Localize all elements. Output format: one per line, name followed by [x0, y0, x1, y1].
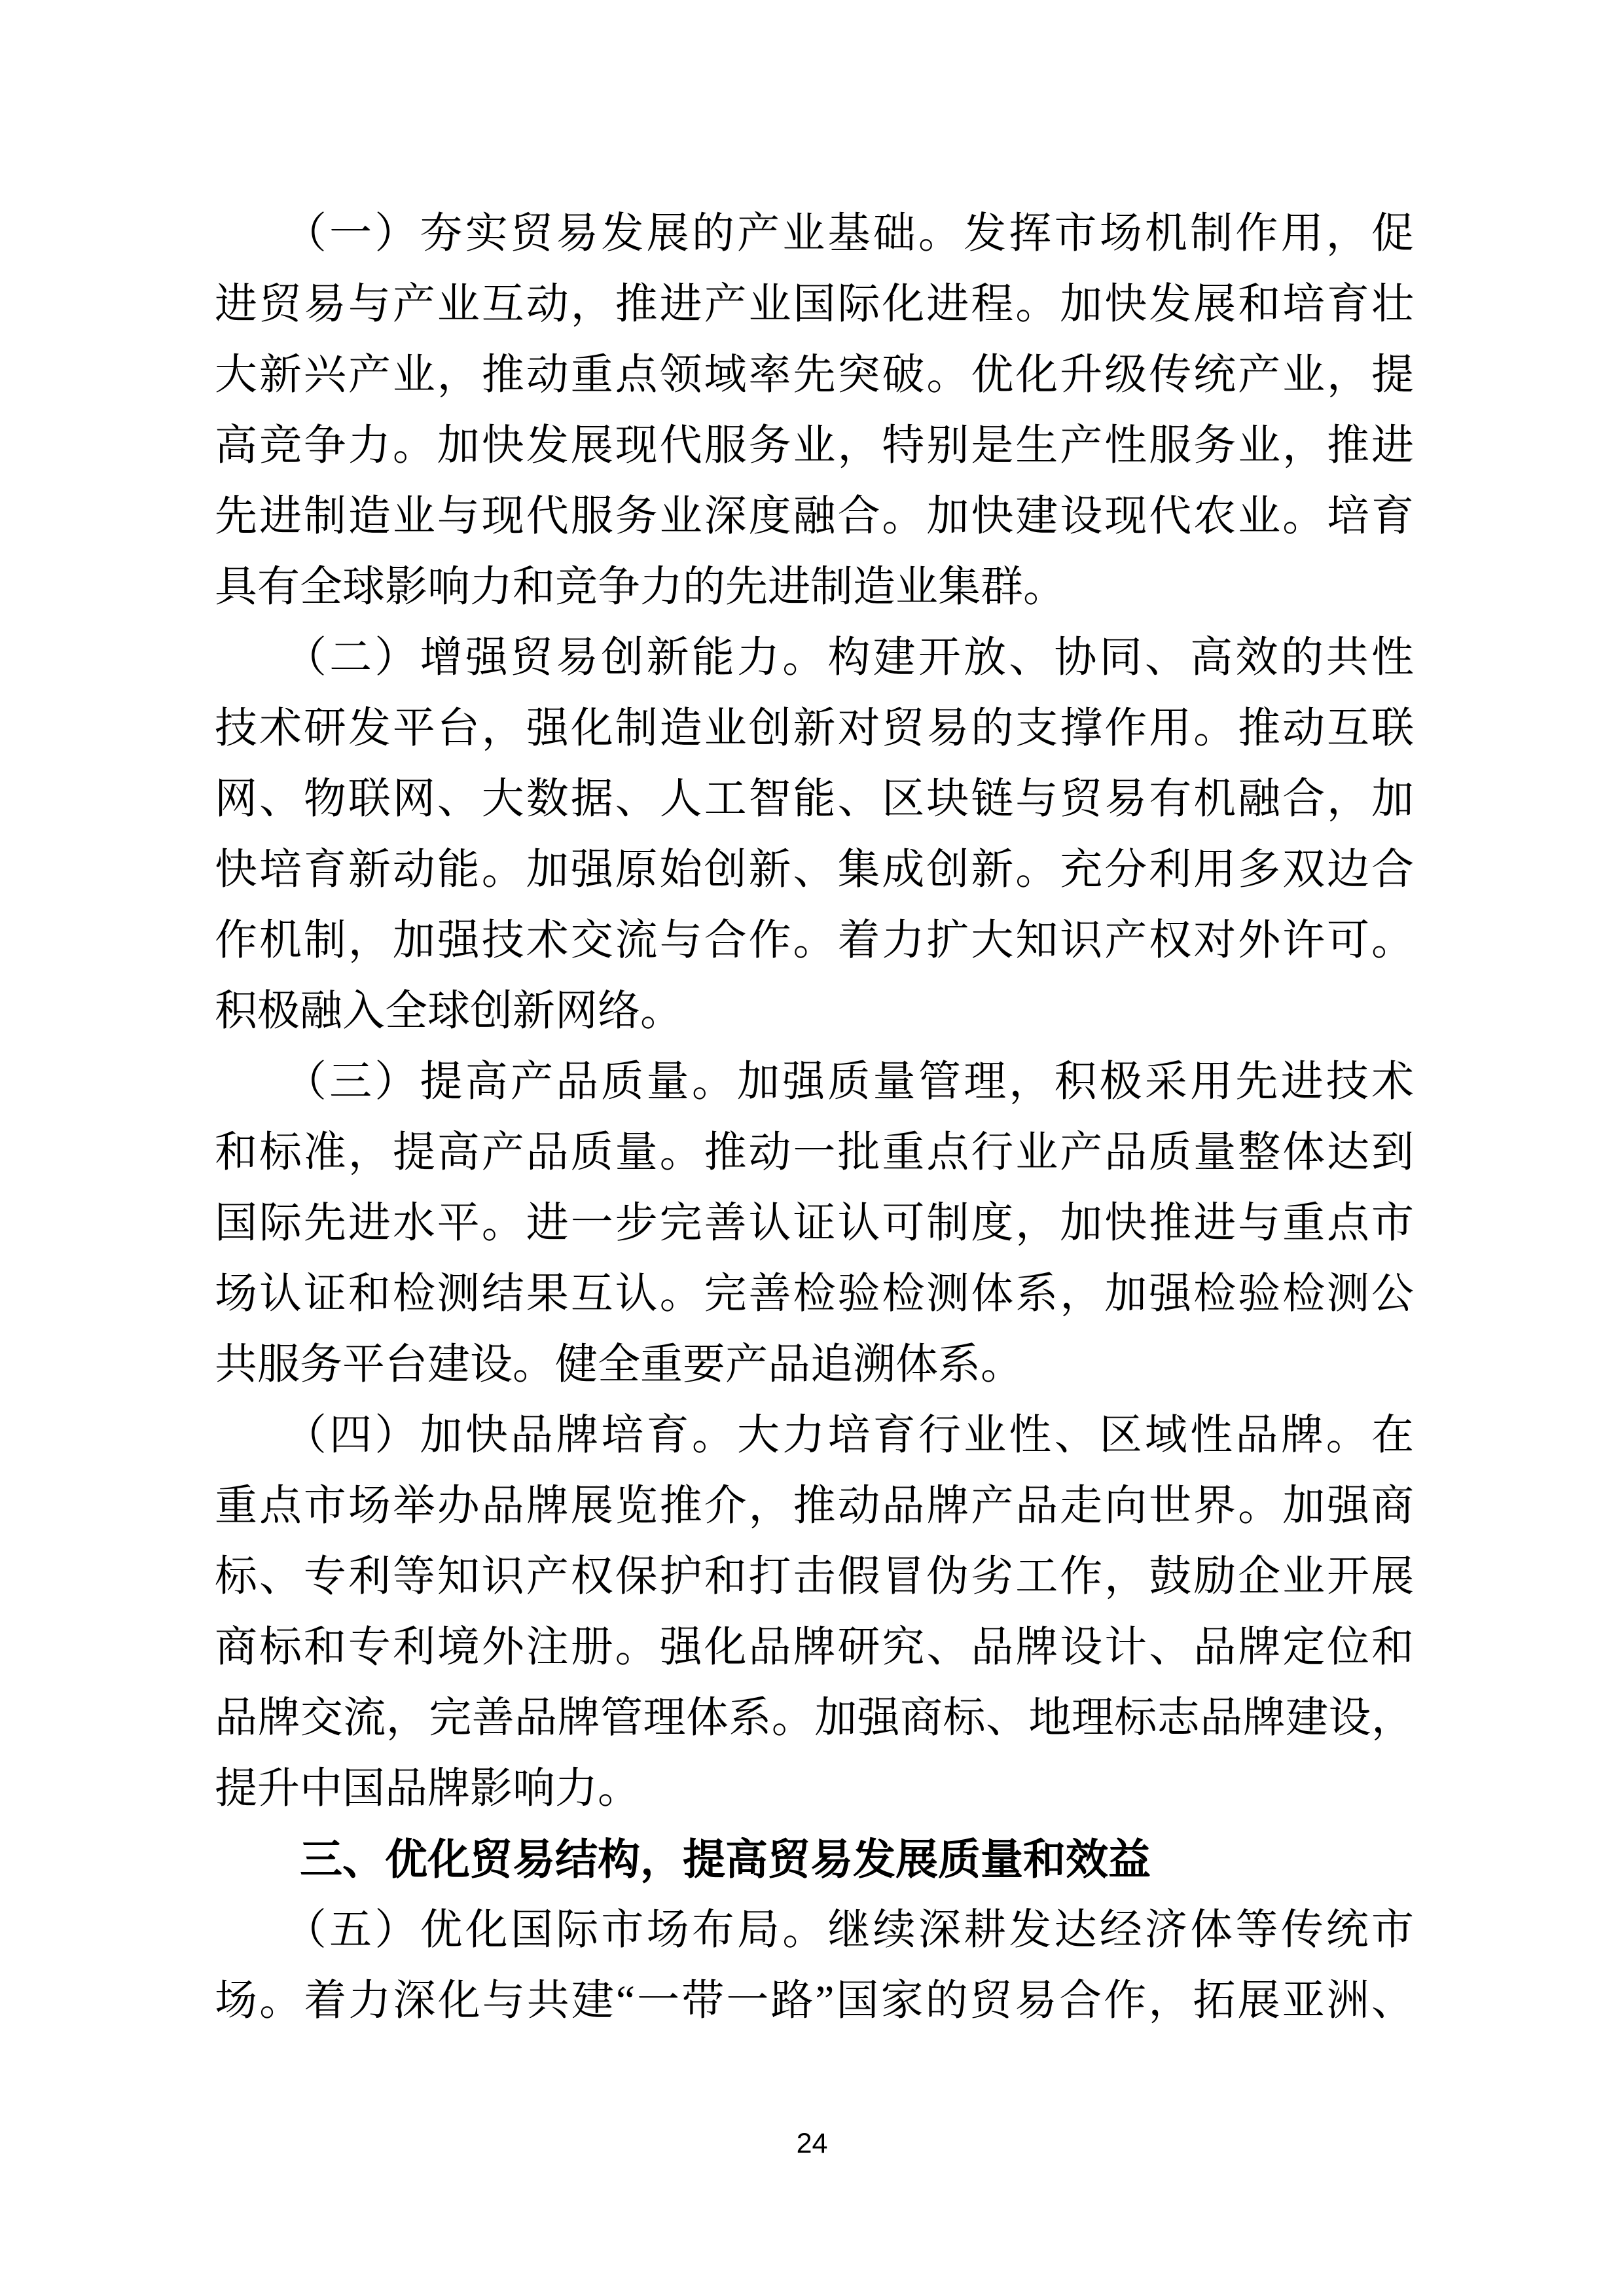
section-heading-line: 三、优化贸易结构，提高贸易发展质量和效益 — [215, 1824, 1414, 1895]
body-text-line: 进贸易与产业互动，推进产业国际化进程。加快发展和培育壮 — [215, 269, 1414, 340]
body-text-line: 国际先进水平。进一步完善认证认可制度，加快推进与重点市 — [215, 1188, 1414, 1259]
body-text-line: 技术研发平台，强化制造业创新对贸易的支撑作用。推动互联 — [215, 693, 1414, 764]
body-text-line: （二）增强贸易创新能力。构建开放、协同、高效的共性 — [215, 622, 1414, 693]
document-lines: （一）夯实贸易发展的产业基础。发挥市场机制作用，促进贸易与产业互动，推进产业国际… — [215, 198, 1414, 2036]
body-text-line: 快培育新动能。加强原始创新、集成创新。充分利用多双边合 — [215, 834, 1414, 905]
body-text-line: 和标准，提高产品质量。推动一批重点行业产品质量整体达到 — [215, 1117, 1414, 1188]
body-text-line: 积极融入全球创新网络。 — [215, 976, 1414, 1047]
body-text-line: （四）加快品牌培育。大力培育行业性、区域性品牌。在 — [215, 1400, 1414, 1471]
body-text-line: （五）优化国际市场布局。继续深耕发达经济体等传统市 — [215, 1895, 1414, 1965]
body-text-line: 重点市场举办品牌展览推介，推动品牌产品走向世界。加强商 — [215, 1471, 1414, 1541]
body-text-line: 共服务平台建设。健全重要产品追溯体系。 — [215, 1329, 1414, 1400]
body-text-line: 场。着力深化与共建“一带一路”国家的贸易合作，拓展亚洲、 — [215, 1965, 1414, 2036]
body-text-line: 标、专利等知识产权保护和打击假冒伪劣工作，鼓励企业开展 — [215, 1541, 1414, 1612]
body-text-line: 提升中国品牌影响力。 — [215, 1753, 1414, 1824]
body-text-line: 网、物联网、大数据、人工智能、区块链与贸易有机融合，加 — [215, 764, 1414, 834]
body-text-line: （三）提高产品质量。加强质量管理，积极采用先进技术 — [215, 1047, 1414, 1117]
document-page: （一）夯实贸易发展的产业基础。发挥市场机制作用，促进贸易与产业互动，推进产业国际… — [0, 0, 1624, 2296]
body-text-line: 场认证和检测结果互认。完善检验检测体系，加强检验检测公 — [215, 1259, 1414, 1329]
body-text-line: 作机制，加强技术交流与合作。着力扩大知识产权对外许可。 — [215, 905, 1414, 976]
body-text-line: 大新兴产业，推动重点领域率先突破。优化升级传统产业，提 — [215, 340, 1414, 410]
body-text-line: 具有全球影响力和竞争力的先进制造业集群。 — [215, 552, 1414, 622]
body-text-line: 高竞争力。加快发展现代服务业，特别是生产性服务业，推进 — [215, 410, 1414, 481]
page-number: 24 — [0, 2128, 1624, 2159]
body-text-line: （一）夯实贸易发展的产业基础。发挥市场机制作用，促 — [215, 198, 1414, 269]
body-text-line: 品牌交流，完善品牌管理体系。加强商标、地理标志品牌建设， — [215, 1683, 1414, 1753]
body-text-line: 商标和专利境外注册。强化品牌研究、品牌设计、品牌定位和 — [215, 1612, 1414, 1683]
body-text-line: 先进制造业与现代服务业深度融合。加快建设现代农业。培育 — [215, 481, 1414, 552]
